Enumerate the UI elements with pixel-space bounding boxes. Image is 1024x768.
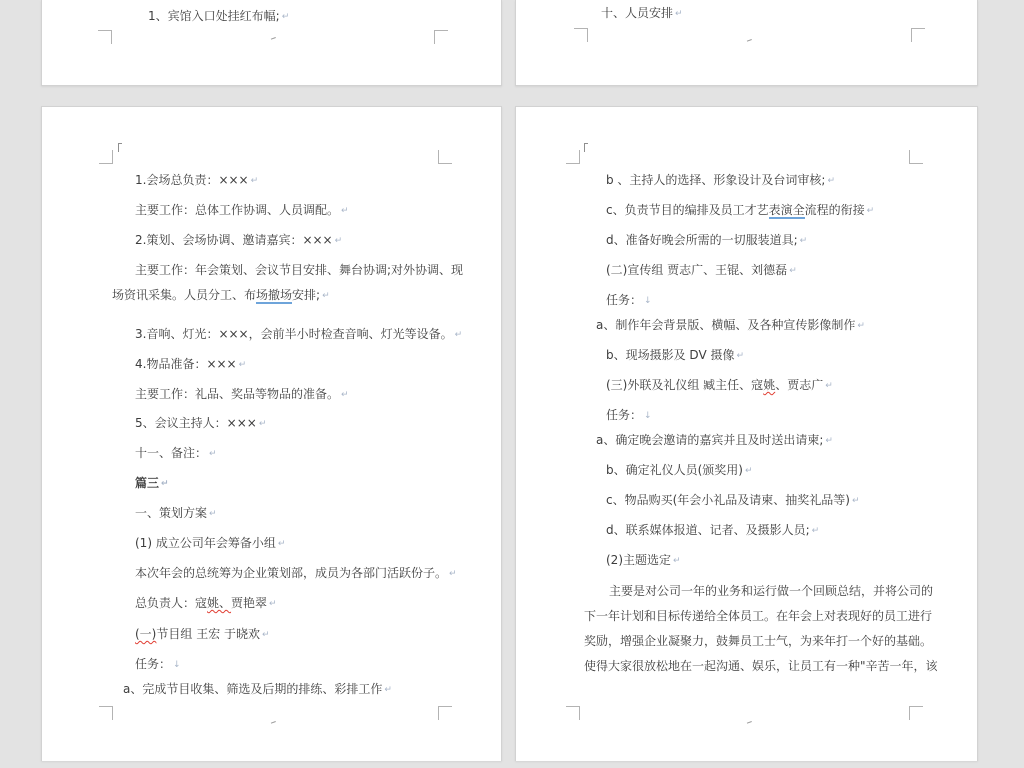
doc-line[interactable]: b 、主持人的选择、形象设计及台词审核;↵ — [606, 168, 835, 193]
doc-line[interactable]: 任务：↓ — [135, 652, 181, 677]
line-text: b 、主持人的选择、形象设计及台词审核; — [606, 173, 825, 187]
margin-crop-mark — [574, 28, 588, 42]
line-text: 奖励，增强企业凝聚力，鼓舞员工士气，为来年打一个好的基础。 — [584, 634, 932, 648]
line-text: 主要工作：礼品、奖品等物品的准备。 — [135, 387, 339, 401]
doc-line[interactable]: a、完成节目收集、筛选及后期的排练、彩排工作↵ — [123, 677, 392, 702]
doc-line[interactable]: a、确定晚会邀请的嘉宾并且及时送出请柬;↵ — [596, 428, 833, 453]
margin-crop-mark — [99, 150, 113, 164]
paragraph-mark-icon: ↵ — [278, 539, 286, 549]
doc-line[interactable]: 使得大家很放松地在一起沟通、娱乐，让员工有一种"辛苦一年，该 — [584, 654, 938, 679]
line-text: a、确定晚会邀请的嘉宾并且及时送出请柬; — [596, 433, 823, 447]
paragraph-mark-icon: ↵ — [745, 466, 753, 476]
page-top-right[interactable]: 十、人员安排↵ — [515, 0, 978, 86]
paragraph-mark-icon: ↵ — [269, 599, 277, 609]
line-text: 主要工作：总体工作协调、人员调配。 — [135, 203, 339, 217]
line-text: 、贾志广 — [775, 378, 823, 392]
line-text: 1、宾馆入口处挂红布幅; — [148, 9, 280, 23]
line-text: 下一年计划和目标传递给全体员工。在年会上对表现好的员工进行 — [584, 609, 932, 623]
paragraph-mark-icon: ↵ — [262, 630, 270, 640]
line-text: 十一、备注： — [135, 446, 207, 460]
doc-line[interactable]: 4.物品准备：×××↵ — [135, 352, 246, 377]
doc-line[interactable]: (二)宣传组 贾志广、王锟、刘德磊↵ — [606, 258, 797, 283]
doc-line[interactable]: 场资讯采集。人员分工、布场撤场安排;↵ — [112, 283, 330, 308]
doc-line[interactable]: d、联系媒体报道、记者、及摄影人员;↵ — [606, 518, 819, 543]
line-text: 场资讯采集。人员分工、布 — [112, 288, 256, 302]
line-text: d、联系媒体报道、记者、及摄影人员; — [606, 523, 810, 537]
doc-line[interactable]: 主要工作：总体工作协调、人员调配。↵ — [135, 198, 349, 223]
doc-line[interactable]: 1.会场总负责：×××↵ — [135, 168, 258, 193]
margin-crop-mark — [909, 150, 923, 164]
doc-line[interactable]: (一)节目组 王宏 于晓欢↵ — [135, 622, 270, 647]
doc-line[interactable]: 下一年计划和目标传递给全体员工。在年会上对表现好的员工进行 — [584, 604, 932, 629]
paragraph-mark-icon: ↵ — [251, 176, 259, 186]
paragraph-mark-icon: ↵ — [812, 526, 820, 536]
doc-line[interactable]: a、制作年会背景版、横幅、及各种宣传影像制作↵ — [596, 313, 865, 338]
doc-line[interactable]: c、负责节目的编排及员工才艺表演全流程的衔接↵ — [606, 198, 874, 223]
text-cursor — [584, 143, 585, 152]
line-text: 十、人员安排 — [601, 6, 673, 20]
line-text: 安排; — [292, 288, 320, 302]
line-text: 节目组 王宏 于晓欢 — [156, 627, 260, 641]
doc-line[interactable]: 十一、备注：↵ — [135, 441, 217, 466]
paragraph-mark-icon: ↵ — [161, 479, 169, 489]
paragraph-mark-icon: ↵ — [737, 351, 745, 361]
line-text: 任务： — [606, 293, 642, 307]
doc-line[interactable]: 3.音响、灯光：×××，会前半小时检查音响、灯光等设备。↵ — [135, 322, 462, 347]
line-text: 篇三 — [135, 476, 159, 490]
paragraph-mark-icon: ↵ — [259, 419, 267, 429]
page-top-left[interactable]: 1、宾馆入口处挂红布幅;↵ — [41, 0, 502, 86]
text-cursor — [118, 143, 119, 152]
paragraph-mark-icon: ↵ — [335, 236, 343, 246]
page-main-left[interactable]: 1.会场总负责：×××↵ 主要工作：总体工作协调、人员调配。↵ 2.策划、会场协… — [41, 106, 502, 761]
grammar-underline-text: 表演全 — [769, 203, 805, 219]
doc-line[interactable]: 一、策划方案↵ — [135, 501, 217, 526]
line-break-mark-icon: ↓ — [644, 411, 652, 421]
paragraph-mark-icon: ↵ — [827, 176, 835, 186]
paragraph-mark-icon: ↵ — [673, 556, 681, 566]
doc-line[interactable]: 主要工作：礼品、奖品等物品的准备。↵ — [135, 382, 349, 407]
paragraph-mark-icon: ↵ — [384, 685, 392, 695]
margin-crop-mark — [98, 30, 112, 44]
spellcheck-underline-text: 姚 — [763, 378, 775, 392]
margin-crop-mark — [438, 706, 452, 720]
line-text: 流程的衔接 — [805, 203, 865, 217]
line-text: 任务： — [606, 408, 642, 422]
line-text: (二)宣传组 贾志广、王锟、刘德磊 — [606, 263, 787, 277]
margin-crop-mark — [911, 28, 925, 42]
paragraph-mark-icon: ↵ — [239, 360, 247, 370]
line-text: a、制作年会背景版、横幅、及各种宣传影像制作 — [596, 318, 855, 332]
footer-center-mark — [745, 34, 752, 41]
line-text: d、准备好晚会所需的一切服装道具; — [606, 233, 798, 247]
line-break-mark-icon: ↓ — [644, 296, 652, 306]
margin-crop-mark — [434, 30, 448, 44]
paragraph-mark-icon: ↵ — [867, 206, 875, 216]
footer-center-mark — [269, 32, 276, 39]
doc-line[interactable]: 2.策划、会场协调、邀请嘉宾：×××↵ — [135, 228, 342, 253]
paragraph-mark-icon: ↵ — [209, 449, 217, 459]
line-text: 2.策划、会场协调、邀请嘉宾：××× — [135, 233, 333, 247]
margin-crop-mark — [438, 150, 452, 164]
paragraph-mark-icon: ↵ — [800, 236, 808, 246]
doc-line[interactable]: 总负责人：寇姚、贾艳翠↵ — [135, 591, 277, 616]
line-text: 3.音响、灯光：×××，会前半小时检查音响、灯光等设备。 — [135, 327, 453, 341]
line-text: (1) 成立公司年会筹备小组 — [135, 536, 276, 550]
paragraph-mark-icon: ↵ — [857, 321, 865, 331]
spellcheck-underline-text: 姚、 — [207, 596, 231, 610]
line-text: 任务： — [135, 657, 171, 671]
line-text: 总负责人：寇 — [135, 596, 207, 610]
paragraph-mark-icon: ↵ — [322, 291, 330, 301]
page-main-right[interactable]: b 、主持人的选择、形象设计及台词审核;↵ c、负责节目的编排及员工才艺表演全流… — [515, 106, 978, 761]
doc-line[interactable]: 任务：↓ — [606, 288, 652, 313]
line-text: 本次年会的总统筹为企业策划部，成员为各部门活跃份子。 — [135, 566, 447, 580]
doc-line[interactable]: 任务：↓ — [606, 403, 652, 428]
footer-center-mark — [745, 716, 752, 723]
footer-center-mark — [269, 716, 276, 723]
line-text: 主要是对公司一年的业务和运行做一个回顾总结，并将公司的 — [609, 584, 933, 598]
grammar-underline-text: 场撤场 — [256, 288, 292, 304]
doc-line[interactable]: (1) 成立公司年会筹备小组↵ — [135, 531, 285, 556]
margin-crop-mark — [566, 150, 580, 164]
spellcheck-underline-text: (一) — [135, 627, 156, 641]
doc-line[interactable]: 十、人员安排↵ — [601, 1, 683, 26]
paragraph-mark-icon: ↵ — [282, 12, 290, 22]
line-text: c、负责节目的编排及员工才艺 — [606, 203, 769, 217]
doc-line[interactable]: b、确定礼仪人员(颁奖用)↵ — [606, 458, 753, 483]
line-text: 4.物品准备：××× — [135, 357, 237, 371]
doc-line[interactable]: 篇三↵ — [135, 471, 169, 496]
line-break-mark-icon: ↓ — [173, 660, 181, 670]
doc-line[interactable]: 1、宾馆入口处挂红布幅;↵ — [148, 4, 289, 29]
paragraph-mark-icon: ↵ — [341, 206, 349, 216]
doc-line[interactable]: (三)外联及礼仪组 臧主任、寇姚、贾志广↵ — [606, 373, 833, 398]
doc-line[interactable]: (2)主题选定↵ — [606, 548, 681, 573]
paragraph-mark-icon: ↵ — [455, 330, 463, 340]
doc-line[interactable]: 本次年会的总统筹为企业策划部，成员为各部门活跃份子。↵ — [135, 561, 457, 586]
doc-line[interactable]: b、现场摄影及 DV 摄像↵ — [606, 343, 744, 368]
doc-line[interactable]: 奖励，增强企业凝聚力，鼓舞员工士气，为来年打一个好的基础。 — [584, 629, 932, 654]
line-text: 1.会场总负责：××× — [135, 173, 249, 187]
margin-crop-mark — [566, 706, 580, 720]
line-text: 使得大家很放松地在一起沟通、娱乐，让员工有一种"辛苦一年，该 — [584, 659, 938, 673]
doc-line[interactable]: d、准备好晚会所需的一切服装道具;↵ — [606, 228, 807, 253]
doc-line[interactable]: 5、会议主持人：×××↵ — [135, 411, 266, 436]
margin-crop-mark — [909, 706, 923, 720]
doc-line[interactable]: c、物品购买(年会小礼品及请柬、抽奖礼品等)↵ — [606, 488, 860, 513]
paragraph-mark-icon: ↵ — [209, 509, 217, 519]
line-text: b、确定礼仪人员(颁奖用) — [606, 463, 743, 477]
line-text: c、物品购买(年会小礼品及请柬、抽奖礼品等) — [606, 493, 850, 507]
paragraph-mark-icon: ↵ — [675, 9, 683, 19]
line-text: 一、策划方案 — [135, 506, 207, 520]
line-text: (2)主题选定 — [606, 553, 671, 567]
paragraph-mark-icon: ↵ — [789, 266, 797, 276]
paragraph-mark-icon: ↵ — [852, 496, 860, 506]
doc-line[interactable]: 主要工作：年会策划、会议节目安排、舞台协调;对外协调、现 — [135, 258, 463, 283]
paragraph-mark-icon: ↵ — [825, 436, 833, 446]
line-text: 5、会议主持人：××× — [135, 416, 257, 430]
paragraph-mark-icon: ↵ — [341, 390, 349, 400]
paragraph-mark-icon: ↵ — [449, 569, 457, 579]
doc-line[interactable]: 主要是对公司一年的业务和运行做一个回顾总结，并将公司的 — [609, 579, 933, 604]
document-canvas: { "app": { "kind": "word-processor-print… — [0, 0, 1024, 768]
line-text: (三)外联及礼仪组 臧主任、寇 — [606, 378, 763, 392]
line-text: 贾艳翠 — [231, 596, 267, 610]
line-text: b、现场摄影及 DV 摄像 — [606, 348, 735, 362]
line-text: a、完成节目收集、筛选及后期的排练、彩排工作 — [123, 682, 382, 696]
paragraph-mark-icon: ↵ — [825, 381, 833, 391]
margin-crop-mark — [99, 706, 113, 720]
line-text: 主要工作：年会策划、会议节目安排、舞台协调;对外协调、现 — [135, 263, 463, 277]
